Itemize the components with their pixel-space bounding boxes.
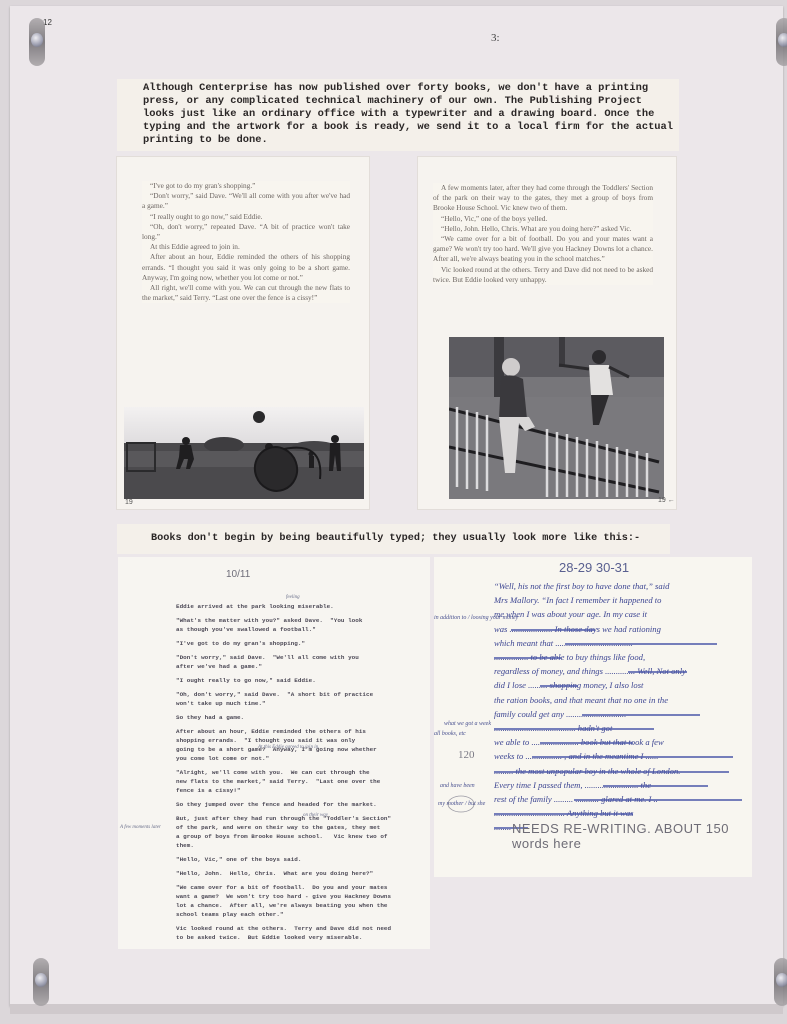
typescript-paragraph: "I ought really to go now," said Eddie. xyxy=(176,676,426,685)
typescript-page-marks: 10/11 xyxy=(226,569,250,580)
typescript-paragraph: "I've got to do my gran's shopping." xyxy=(176,639,426,648)
story-paragraph: A few moments later, after they had come… xyxy=(433,183,653,214)
story-paragraph: “Oh, don't worry,” repeated Dave. “A bit… xyxy=(142,222,350,242)
annotation-between: on their way xyxy=(303,813,328,818)
manuscript-line: the ration books, and that meant that no… xyxy=(494,693,744,707)
manuscript-line: me when I was about your age. In my case… xyxy=(494,607,744,621)
handwritten-manuscript: 28-29 30-31 “Well, his not the first boy… xyxy=(434,557,752,877)
annotation-feeling: feeling xyxy=(286,595,300,600)
manuscript-line: Every time I passed them, ..............… xyxy=(494,778,744,792)
story-text-right: A few moments later, after they had come… xyxy=(433,183,653,285)
crossed-out-text xyxy=(532,756,734,758)
margin-note: what we got a week xyxy=(444,721,491,727)
manuscript-line: ...................................... h… xyxy=(494,721,744,735)
folio-left: 19 xyxy=(125,499,133,506)
margin-note: and have been xyxy=(440,783,475,789)
printed-page-left: “I've got to do my gran's shopping.”“Don… xyxy=(117,157,369,509)
story-paragraph: “Don't worry,” said Dave. “We'll all com… xyxy=(142,191,350,211)
annotation-margin: A few moments later xyxy=(120,825,170,830)
story-paragraph: At this Eddie agreed to join in. xyxy=(142,242,350,252)
crossed-out-text xyxy=(494,657,561,659)
draft-caption: Books don't begin by being beautifully t… xyxy=(117,524,670,554)
crossed-out-text xyxy=(494,813,633,815)
typescript-paragraph: Eddie arrived at the park looking misera… xyxy=(176,602,426,611)
typescript-paragraph: "We came over for a bit of football. Do … xyxy=(176,883,426,919)
typescript-paragraph: "What's the matter with you?" asked Dave… xyxy=(176,616,426,634)
story-paragraph: “I really ought to go now,” said Eddie. xyxy=(142,212,350,222)
manuscript-line: we able to ...................... book b… xyxy=(494,735,744,749)
crossed-out-text xyxy=(565,643,716,645)
manuscript-text: “Well, his not the first boy to have don… xyxy=(494,579,744,835)
story-paragraph: All right, we'll come with you. We can c… xyxy=(142,283,350,303)
intro-caption: Although Centerprise has now published o… xyxy=(117,79,679,151)
crossed-out-text xyxy=(628,671,687,673)
crossed-out-text xyxy=(540,742,632,744)
typescript-text: Eddie arrived at the park looking misera… xyxy=(176,602,426,947)
margin-note: in addition to / loosing your money xyxy=(434,615,518,621)
crossed-out-text xyxy=(540,685,578,687)
typescript-paragraph: Vic looked round at the others. Terry an… xyxy=(176,924,426,942)
mounting-clip-icon xyxy=(33,958,49,1006)
manuscript-line: ................ to be able to buy thing… xyxy=(494,650,744,664)
fence-photo xyxy=(449,337,664,499)
manuscript-page-marks: 28-29 30-31 xyxy=(559,560,629,575)
story-paragraph: After about an hour, Eddie reminded the … xyxy=(142,252,350,283)
typescript-paragraph: "Alright, we'll come with you. We can cu… xyxy=(176,768,426,795)
manuscript-line: ................................. Anythi… xyxy=(494,806,744,820)
mounting-clip-icon xyxy=(29,18,45,66)
annotation-insert: At this Eddie agreed to join in. xyxy=(258,745,319,750)
manuscript-line: which meant that .......................… xyxy=(494,636,744,650)
typescript-paragraph: So they had a game. xyxy=(176,713,426,722)
crossed-out-text xyxy=(511,629,595,631)
story-paragraph: “I've got to do my gran's shopping.” xyxy=(142,181,350,191)
manuscript-line: rest of the family ......... ...........… xyxy=(494,792,744,806)
crossed-out-text xyxy=(574,799,742,801)
margin-note: 120 xyxy=(458,749,475,761)
manuscript-line: family could get any ...................… xyxy=(494,707,744,721)
pencil-circle-icon xyxy=(446,793,476,815)
crossed-out-text xyxy=(582,714,700,716)
manuscript-line: “Well, his not the first boy to have don… xyxy=(494,579,744,593)
manuscript-line: regardless of money, and things ........… xyxy=(494,664,744,678)
mounting-clip-icon xyxy=(774,958,787,1006)
manuscript-line: Mrs Mallory. “In fact I remember it happ… xyxy=(494,593,744,607)
margin-note: all books, etc xyxy=(434,731,466,737)
manuscript-line: did I lose ......... shopping money, I a… xyxy=(494,678,744,692)
crossed-out-text xyxy=(494,728,654,730)
story-paragraph: “Hello, John. Hello, Chris. What are you… xyxy=(433,224,653,234)
board-edge xyxy=(10,1004,783,1014)
printed-page-right: A few moments later, after they had come… xyxy=(418,157,676,509)
typescript-paragraph: "Oh, don't worry," said Dave. "A short b… xyxy=(176,690,426,708)
story-paragraph: Vic looked round at the others. Terry an… xyxy=(433,265,653,285)
manuscript-line: was .................... In those days w… xyxy=(494,622,744,636)
manuscript-line: ......... the most unpopular boy in the … xyxy=(494,764,744,778)
typescript-paragraph: But, just after they had run through the… xyxy=(176,814,426,850)
mounting-clip-icon xyxy=(776,18,787,66)
rewrite-instruction: NEEDS RE-WRITING. ABOUT 150 words here xyxy=(512,821,742,851)
story-text-left: “I've got to do my gran's shopping.”“Don… xyxy=(142,181,350,303)
manuscript-line: weeks to ................. , and in the … xyxy=(494,749,744,763)
typescript-draft: 10/11 feeling Eddie arrived at the park … xyxy=(118,557,430,949)
football-photo xyxy=(124,407,364,499)
typescript-paragraph: "Hello, John. Hello, Chris. What are you… xyxy=(176,869,426,878)
typescript-paragraph: "Don't worry," said Dave. "We'll all com… xyxy=(176,653,426,671)
typescript-paragraph: "Hello, Vic," one of the boys said. xyxy=(176,855,426,864)
crossed-out-text xyxy=(494,771,729,773)
folio-right: 19 ← xyxy=(658,497,675,504)
story-paragraph: “We came over for a bit of football. Do … xyxy=(433,234,653,265)
story-paragraph: “Hello, Vic,” one of the boys yelled. xyxy=(433,214,653,224)
crossed-out-text xyxy=(603,785,708,787)
page-mark: 3: xyxy=(491,32,500,44)
typescript-paragraph: So they jumped over the fence and headed… xyxy=(176,800,426,809)
